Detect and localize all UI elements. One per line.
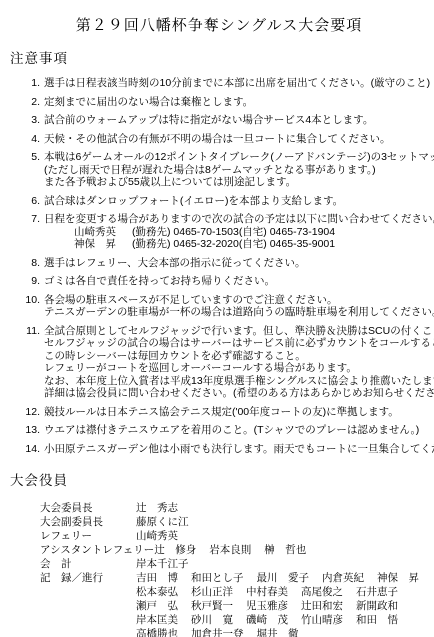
official-names-line: 辻 修身岩本良則榊 哲也 — [154, 543, 428, 557]
official-names: 山崎秀英 — [136, 529, 428, 543]
note-number: 9. — [22, 275, 40, 288]
officials-table: 大会委員長辻 秀志大会副委員長藤原くに江レフェリー山崎秀英アシスタントレフェリー… — [40, 501, 428, 637]
note-line: 定刻までに届出のない場合は棄権とします。 — [44, 96, 428, 109]
official-names-line: 岸本千江子 — [136, 557, 428, 571]
official-row: アシスタントレフェリー辻 修身岩本良則榊 哲也 — [40, 543, 428, 557]
note-body: 試合前のウォームアップは特に指定がない場合サービス4本とします。 — [44, 114, 428, 127]
contact-work-phone: (勤務先) 0465-32-2020 — [132, 238, 239, 251]
note-number: 5. — [22, 151, 40, 189]
note-number: 1. — [22, 77, 40, 90]
official-role: 大会副委員長 — [40, 515, 136, 529]
note-line: 各会場の駐車スペースが不足していますのでご注意ください。 — [44, 294, 434, 307]
official-row: 記 録／進行吉田 博和田とし子最川 愛子内倉英紀神保 昇松本泰弘杉山正洋中村春美… — [40, 571, 428, 637]
official-row: 会 計岸本千江子 — [40, 557, 428, 571]
official-name: 石井恵子 — [356, 585, 398, 599]
official-name: 中村春美 — [246, 585, 288, 599]
note-number: 10. — [22, 294, 40, 319]
note-item: 4.天候・その他試合の有無が不明の場合は一旦コートに集合してください。 — [22, 133, 428, 146]
contact-row: 山崎秀英(勤務先) 0465-70-1503(自宅) 0465-73-1904 — [74, 226, 434, 239]
official-names-line: 瀬戸 弘秋戸賢一児玉雅彦辻田和宏新開政和 — [136, 599, 432, 613]
note-item: 10.各会場の駐車スペースが不足していますのでご注意ください。テニスガーデンの駐… — [22, 294, 428, 319]
note-number: 12. — [22, 406, 40, 419]
official-names: 吉田 博和田とし子最川 愛子内倉英紀神保 昇松本泰弘杉山正洋中村春美高尾俊之石井… — [136, 571, 432, 637]
note-item: 9.ゴミは各自で責任を持ってお持ち帰りください。 — [22, 275, 428, 288]
note-line: また各予戦および55歳以上については別途記します。 — [44, 176, 434, 189]
official-name: 辻 秀志 — [136, 501, 178, 515]
official-name: 岸本千江子 — [136, 557, 189, 571]
official-name: 吉田 博 — [136, 571, 178, 585]
official-row: 大会委員長辻 秀志 — [40, 501, 428, 515]
officials-section-heading: 大会役員 — [10, 469, 428, 489]
official-row: レフェリー山崎秀英 — [40, 529, 428, 543]
note-body: 天候・その他試合の有無が不明の場合は一旦コートに集合してください。 — [44, 133, 428, 146]
official-role: レフェリー — [40, 529, 136, 543]
document-page: 第２９回八幡杯争奪シングルス大会要項 注意事項 1.選手は日程表該当時刻の10分… — [0, 0, 434, 637]
note-line: セルフジャッジの試合の場合はサーバーはサービス前に必ずカウントをコールすること。 — [44, 337, 434, 350]
note-body: 日程を変更する場合がありますので次の試合の予定は以下に問い合わせてください。山崎… — [44, 213, 434, 251]
official-name: 竹山晴彦 — [301, 613, 343, 627]
note-line: 詳細は協会役員に問い合わせください。(希望のある方はあらかじめお知らせください。… — [44, 387, 434, 400]
official-name: 山崎秀英 — [136, 529, 178, 543]
note-line: レフェリーがコートを巡回しオーバーコールする場合があります。 — [44, 362, 434, 375]
official-name: 堀井 徹 — [257, 627, 299, 637]
official-name: 杉山正洋 — [191, 585, 233, 599]
official-name: 砂川 寛 — [191, 613, 233, 627]
official-name: 神保 昇 — [377, 571, 419, 585]
note-number: 13. — [22, 424, 40, 437]
note-item: 1.選手は日程表該当時刻の10分前までに本部に出席を届出てください。(厳守のこと… — [22, 77, 428, 90]
official-name: 最川 愛子 — [257, 571, 310, 585]
official-name: 和田とし子 — [191, 571, 244, 585]
contact-row: 神保 昇(勤務先) 0465-32-2020(自宅) 0465-35-9001 — [74, 238, 434, 251]
official-name: 児玉雅彦 — [246, 599, 288, 613]
official-name: 和田 悟 — [356, 613, 398, 627]
official-role: アシスタントレフェリー — [40, 543, 154, 557]
official-names: 藤原くに江 — [136, 515, 428, 529]
note-number: 8. — [22, 257, 40, 270]
official-name: 藤原くに江 — [136, 515, 189, 529]
document-title: 第２９回八幡杯争奪シングルス大会要項 — [10, 14, 428, 35]
official-names-line: 吉田 博和田とし子最川 愛子内倉英紀神保 昇 — [136, 571, 432, 585]
contact-home-phone: (自宅) 0465-73-1904 — [239, 226, 335, 239]
note-body: 定刻までに届出のない場合は棄権とします。 — [44, 96, 428, 109]
note-line: なお、本年度上位入賞者は平成13年度県選手権シングルスに協会より推薦いたします。 — [44, 375, 434, 388]
official-name: 辻田和宏 — [301, 599, 343, 613]
note-line: (ただし雨天で日程が遅れた場合は8ゲームマッチとなる事があります。) — [44, 164, 434, 177]
note-line: この時レシーバーは毎回カウントを必ず確認すること。 — [44, 350, 434, 363]
note-line: 選手は日程表該当時刻の10分前までに本部に出席を届出てください。(厳守のこと) — [44, 77, 430, 90]
official-names-line: 山崎秀英 — [136, 529, 428, 543]
note-body: 選手はレフェリー、大会本部の指示に従ってください。 — [44, 257, 428, 270]
official-names-line: 高橋勝也加倉井一登堀井 徹 — [136, 627, 432, 637]
official-names-line: 岸本匡美砂川 寛磯崎 茂竹山晴彦和田 悟 — [136, 613, 432, 627]
note-number: 4. — [22, 133, 40, 146]
official-name: 榊 哲也 — [264, 543, 306, 557]
official-name: 高尾俊之 — [301, 585, 343, 599]
note-body: 試合球はダンロップフォート(イエロー)を本部より支給します。 — [44, 195, 428, 208]
official-role: 大会委員長 — [40, 501, 136, 515]
note-body: 各会場の駐車スペースが不足していますのでご注意ください。テニスガーデンの駐車場が… — [44, 294, 434, 319]
note-number: 2. — [22, 96, 40, 109]
note-line: 小田原テニスガーデン他は小雨でも決行します。雨天でもコートに一旦集合してください… — [44, 443, 434, 456]
official-name: 辻 修身 — [154, 543, 196, 557]
official-name: 秋戸賢一 — [191, 599, 233, 613]
note-number: 11. — [22, 325, 40, 400]
note-line: 全試合原則としてセルフジャッジで行います。但し、準決勝＆決勝はSCUの付くことが… — [44, 325, 434, 338]
note-line: 選手はレフェリー、大会本部の指示に従ってください。 — [44, 257, 428, 270]
note-body: ウエアは襟付きテニスウエアを着用のこと。(Tシャツでのプレーは認めません。) — [44, 424, 428, 437]
official-name: 内倉英紀 — [322, 571, 364, 585]
note-number: 6. — [22, 195, 40, 208]
note-line: 試合前のウォームアップは特に指定がない場合サービス4本とします。 — [44, 114, 428, 127]
official-name: 加倉井一登 — [191, 627, 244, 637]
official-name: 松本泰弘 — [136, 585, 178, 599]
note-item: 8.選手はレフェリー、大会本部の指示に従ってください。 — [22, 257, 428, 270]
note-line: 本戦は6ゲームオールの12ポイントタイブレーク(ノーアドバンテージ)の3セットマ… — [44, 151, 434, 164]
official-names: 辻 修身岩本良則榊 哲也 — [154, 543, 428, 557]
note-line: テニスガーデンの駐車場が一杯の場合は道路向うの臨時駐車場を利用してください。 — [44, 306, 434, 319]
official-row: 大会副委員長藤原くに江 — [40, 515, 428, 529]
official-name: 瀬戸 弘 — [136, 599, 178, 613]
contact-home-phone: (自宅) 0465-35-9001 — [239, 238, 335, 251]
note-body: 小田原テニスガーデン他は小雨でも決行します。雨天でもコートに一旦集合してください… — [44, 443, 434, 456]
note-line: 競技ルールは日本テニス協会テニス規定('00年度コートの友)に準拠します。 — [44, 406, 428, 419]
note-item: 12.競技ルールは日本テニス協会テニス規定('00年度コートの友)に準拠します。 — [22, 406, 428, 419]
contact-name: 山崎秀英 — [74, 226, 132, 239]
note-line: 日程を変更する場合がありますので次の試合の予定は以下に問い合わせてください。 — [44, 213, 434, 226]
note-body: 全試合原則としてセルフジャッジで行います。但し、準決勝＆決勝はSCUの付くことが… — [44, 325, 434, 400]
note-item: 13.ウエアは襟付きテニスウエアを着用のこと。(Tシャツでのプレーは認めません。… — [22, 424, 428, 437]
notes-section-heading: 注意事項 — [10, 47, 428, 67]
note-line: 天候・その他試合の有無が不明の場合は一旦コートに集合してください。 — [44, 133, 428, 146]
official-names: 岸本千江子 — [136, 557, 428, 571]
note-item: 14.小田原テニスガーデン他は小雨でも決行します。雨天でもコートに一旦集合してく… — [22, 443, 428, 456]
note-item: 11.全試合原則としてセルフジャッジで行います。但し、準決勝＆決勝はSCUの付く… — [22, 325, 428, 400]
official-names-line: 藤原くに江 — [136, 515, 428, 529]
official-role: 会 計 — [40, 557, 136, 571]
official-role: 記 録／進行 — [40, 571, 136, 637]
contact-name: 神保 昇 — [74, 238, 132, 251]
note-number: 3. — [22, 114, 40, 127]
notes-list: 1.選手は日程表該当時刻の10分前までに本部に出席を届出てください。(厳守のこと… — [22, 77, 428, 455]
official-name: 岩本良則 — [209, 543, 251, 557]
contact-work-phone: (勤務先) 0465-70-1503 — [132, 226, 239, 239]
official-name: 磯崎 茂 — [246, 613, 288, 627]
note-item: 2.定刻までに届出のない場合は棄権とします。 — [22, 96, 428, 109]
official-name: 新開政和 — [356, 599, 398, 613]
note-item: 7.日程を変更する場合がありますので次の試合の予定は以下に問い合わせてください。… — [22, 213, 428, 251]
note-number: 14. — [22, 443, 40, 456]
note-body: 本戦は6ゲームオールの12ポイントタイブレーク(ノーアドバンテージ)の3セットマ… — [44, 151, 434, 189]
official-name: 岸本匡美 — [136, 613, 178, 627]
note-line: 試合球はダンロップフォート(イエロー)を本部より支給します。 — [44, 195, 428, 208]
official-names-line: 松本泰弘杉山正洋中村春美高尾俊之石井恵子 — [136, 585, 432, 599]
note-line: ウエアは襟付きテニスウエアを着用のこと。(Tシャツでのプレーは認めません。) — [44, 424, 428, 437]
official-names-line: 辻 秀志 — [136, 501, 428, 515]
note-body: 選手は日程表該当時刻の10分前までに本部に出席を届出てください。(厳守のこと) — [44, 77, 430, 90]
official-names: 辻 秀志 — [136, 501, 428, 515]
note-item: 6.試合球はダンロップフォート(イエロー)を本部より支給します。 — [22, 195, 428, 208]
note-number: 7. — [22, 213, 40, 251]
note-body: 競技ルールは日本テニス協会テニス規定('00年度コートの友)に準拠します。 — [44, 406, 428, 419]
official-name: 高橋勝也 — [136, 627, 178, 637]
note-line: ゴミは各自で責任を持ってお持ち帰りください。 — [44, 275, 428, 288]
note-item: 3.試合前のウォームアップは特に指定がない場合サービス4本とします。 — [22, 114, 428, 127]
note-body: ゴミは各自で責任を持ってお持ち帰りください。 — [44, 275, 428, 288]
note-item: 5.本戦は6ゲームオールの12ポイントタイブレーク(ノーアドバンテージ)の3セッ… — [22, 151, 428, 189]
